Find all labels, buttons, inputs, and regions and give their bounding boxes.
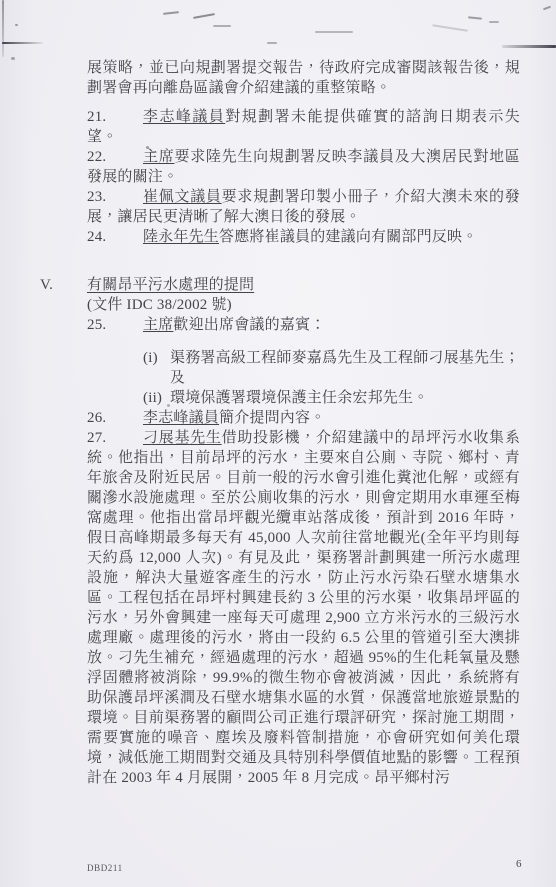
minute-item-26: 26.李志峰議員簡介提問內容。 — [87, 408, 520, 428]
scan-artifact — [163, 11, 179, 15]
text-run: 答應將崔議員的建議向有關部門反映。 — [219, 229, 477, 245]
item-number: 21. — [87, 107, 106, 127]
underlined-name: 崔佩文議員 — [143, 189, 222, 205]
text-run: 歡迎出席會議的嘉賓： — [173, 317, 325, 333]
text-run: 簡介提問內容。 — [219, 410, 325, 426]
list-marker: (ii) — [143, 388, 170, 408]
text-run: 借助投影機，介紹建議中的昂坪污水收集系統。他指出，目前昂坪的污水，主要來自公廁、… — [87, 430, 520, 786]
scan-artifact — [213, 25, 231, 27]
scan-artifact — [315, 31, 353, 33]
guest-list-item: (i)渠務署高級工程師麥嘉爲先生及工程師刁展基先生；及 — [143, 348, 520, 388]
underlined-name: 主席 — [143, 149, 174, 165]
scan-artifact — [15, 24, 18, 26]
continuation-paragraph: 展策略，並已向規劃署提交報告，待政府完成審閱該報告後，規劃署會再向離島區議會介紹… — [87, 58, 520, 98]
document-body: 展策略，並已向規劃署提交報告，待政府完成審閱該報告後，規劃署會再向離島區議會介紹… — [87, 58, 520, 788]
minute-item-24: 24.陸永年先生答應將崔議員的建議向有關部門反映。 — [87, 227, 520, 247]
minute-item-21: 21.李志峰議員對規劃署未能提供確實的諮詢日期表示失望。 — [87, 107, 520, 147]
item-number: 22. — [87, 147, 106, 167]
minute-item-23: 23.崔佩文議員要求規劃署印製小冊子，介紹大澳未來的發展，讓居民更清晰了解大澳日… — [87, 187, 520, 227]
section-heading: V.有關昂平污水處理的提問(文件 IDC 38/2002 號) — [87, 275, 520, 315]
scan-artifact — [432, 24, 468, 32]
minute-item-22: 22.主席要求陸先生向規劃署反映李議員及大澳居民對地區發展的關注。 — [87, 147, 520, 187]
section-title: 有關昂平污水處理的提問 — [87, 277, 254, 293]
underlined-name: 主席 — [143, 317, 173, 333]
scan-artifact — [468, 16, 482, 19]
item-number: 26. — [87, 408, 106, 428]
footer-page-number: 6 — [516, 858, 522, 870]
section-subtitle: (文件 IDC 38/2002 號) — [87, 295, 520, 315]
guest-list: (i)渠務署高級工程師麥嘉爲先生及工程師刁展基先生；及(ii)環境保護署環境保護… — [143, 348, 520, 408]
underlined-name: 陸永年先生 — [143, 229, 219, 245]
minute-item-25: 25.主席歡迎出席會議的嘉賓： — [87, 315, 520, 335]
item-number: 27. — [87, 428, 106, 448]
section-number: V. — [40, 275, 53, 295]
scan-artifact — [502, 45, 556, 48]
scan-artifact — [267, 42, 277, 44]
list-marker: (i) — [143, 348, 170, 388]
scan-artifact — [2, 0, 4, 57]
list-text: 渠務署高級工程師麥嘉爲先生及工程師刁展基先生；及 — [170, 348, 520, 388]
scan-artifact — [543, 6, 551, 11]
scan-artifact — [11, 57, 15, 60]
item-number: 24. — [87, 227, 106, 247]
footer-doc-code: DBD211 — [87, 863, 123, 873]
item-number: 25. — [87, 315, 106, 335]
scan-artifact — [489, 21, 499, 23]
scan-artifact — [2, 42, 43, 44]
minute-item-27: 27.刁展基先生借助投影機，介紹建議中的昂坪污水收集系統。他指出，目前昂坪的污水… — [87, 428, 520, 788]
guest-list-item: (ii)環境保護署環境保護主任余宏邦先生。 — [143, 388, 520, 408]
underlined-name: 李志峰議員 — [143, 109, 225, 125]
underlined-name: 刁展基先生 — [143, 430, 222, 446]
scan-artifact — [193, 13, 215, 19]
underlined-name: 李志峰議員 — [143, 410, 219, 426]
item-number: 23. — [87, 187, 106, 207]
text-run: 展策略，並已向規劃署提交報告，待政府完成審閱該報告後，規劃署會再向離島區議會介紹… — [87, 60, 520, 96]
scanned-document-page: 展策略，並已向規劃署提交報告，待政府完成審閱該報告後，規劃署會再向離島區議會介紹… — [0, 0, 556, 887]
list-text: 環境保護署環境保護主任余宏邦先生。 — [170, 388, 520, 408]
